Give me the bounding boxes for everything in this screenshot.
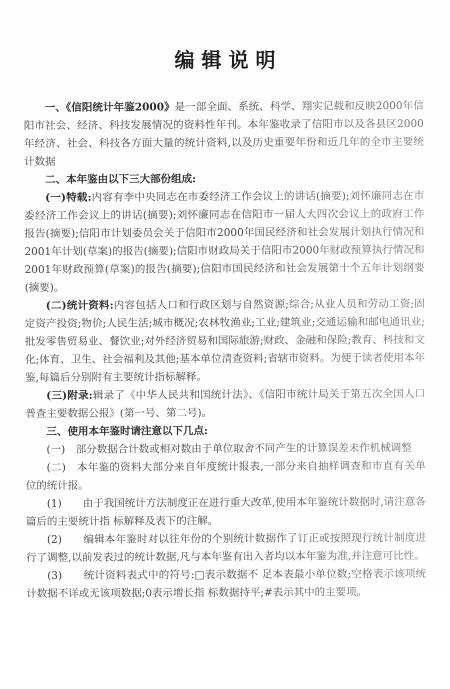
paragraph-lead: 一、《信阳统计年鉴2000》 xyxy=(45,101,175,114)
paragraph-lead: (一) xyxy=(46,444,65,456)
paragraph-note-1: (一) 部分数据合计数或相对数由于单位取舍不同产生的计算误差未作机械调整 xyxy=(25,439,425,459)
paragraph-lead: 二、本年鉴由以下三大部份组成: xyxy=(45,173,196,186)
document-page: 编辑说明 一、《信阳统计年鉴2000》是一部全面、系统、科学、翔实记载和反映20… xyxy=(0,0,450,689)
paragraph-note-sub1: (1) 由于我国统计方法制度正在进行重大改革,使用本年鉴统计数据时,请注意各篇后… xyxy=(26,493,426,531)
paragraph-lead: (一)特载: xyxy=(45,192,91,204)
paragraph-text: 本年鉴的资料大部分来自年度统计报表,一部分来自抽样调查和市直有关单位的统计报。 xyxy=(26,460,426,492)
paragraph-lead: (二)统计资料: xyxy=(46,300,114,312)
paragraph-intro: 一、《信阳统计年鉴2000》是一部全面、系统、科学、翔实记载和反映2000年信阳… xyxy=(24,97,424,171)
paragraph-section3-heading: 三、使用本年鉴时请注意以下几点: xyxy=(25,421,425,441)
paragraph-text: 编辑本年鉴时对以往年份的个别统计数据作了订正或按照现行统计制度进行了调整,以前发… xyxy=(26,532,426,564)
paragraph-section2-heading: 二、本年鉴由以下三大部份组成: xyxy=(24,169,424,189)
paragraph-special-features: (一)特载:内容有李中央同志在市委经济工作会议上的讲话(摘要);刘怀廉同志在市委… xyxy=(24,187,425,297)
paragraph-lead: (二) xyxy=(47,462,66,474)
paragraph-statistical-data: (二)统计资料:内容包括人口和行政区划与自然资源;综合;从业人员和劳动工资;固定… xyxy=(25,295,425,387)
paragraph-lead: (2) xyxy=(47,534,62,546)
paragraph-lead: 三、使用本年鉴时请注意以下几点: xyxy=(46,425,207,438)
paragraph-text: 统计资料表式中的符号:□表示数据不 足本表最小单位数;空格表示该项统计数据不详或… xyxy=(26,568,426,600)
paragraph-text: 部分数据合计数或相对数由于单位取舍不同产生的计算误差未作机械调整 xyxy=(65,442,412,456)
paragraph-note-sub2: (2) 编辑本年鉴时对以往年份的个别统计数据作了订正或按照现行统计制度进行了调整… xyxy=(26,529,426,567)
paragraph-text: 内容有李中央同志在市委经济工作会议上的讲话(摘要);刘怀廉同志在市委经济工作会议… xyxy=(24,190,424,294)
document-body: 一、《信阳统计年鉴2000》是一部全面、系统、科学、翔实记载和反映2000年信阳… xyxy=(24,97,427,603)
paragraph-appendix: (三)附录:辑录了《中华人民共和国统计法》、《信阳市统计局关于第五次全国人口普查… xyxy=(25,385,425,423)
paragraph-note-sub3: (3) 统计资料表式中的符号:□表示数据不 足本表最小单位数;空格表示该项统计数… xyxy=(26,565,426,603)
paragraph-text: 由于我国统计方法制度正在进行重大改革,使用本年鉴统计数据时,请注意各篇后的主要统… xyxy=(26,496,426,528)
paragraph-lead: (3) xyxy=(47,570,62,582)
paragraph-note-2: (二) 本年鉴的资料大部分来自年度统计报表,一部分来自抽样调查和市直有关单位的统… xyxy=(26,457,426,495)
paragraph-lead: (1) xyxy=(47,498,62,510)
page-title: 编辑说明 xyxy=(0,0,450,73)
paragraph-lead: (三)附录: xyxy=(46,390,92,402)
